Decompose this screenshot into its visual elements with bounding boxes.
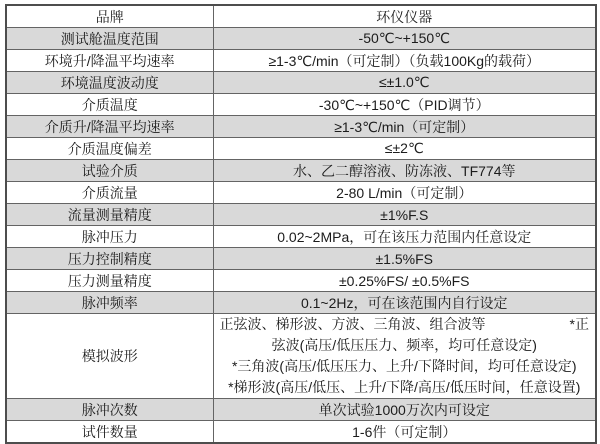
spec-value: 0.1~2Hz，可在该范围内自行设定 xyxy=(213,292,596,314)
table-row-brand: 品牌 环仪仪器 xyxy=(6,5,596,28)
spec-label: 介质温度 xyxy=(6,94,213,116)
spec-sheet-page: 品牌 环仪仪器 测试舱温度范围 -50℃~+150℃ 环境升/降温平均速率 ≥1… xyxy=(0,0,600,431)
spec-value: -50℃~+150℃ xyxy=(213,28,596,50)
spec-label: 脉冲频率 xyxy=(6,292,213,314)
spec-label: 环境升/降温平均速率 xyxy=(6,50,213,72)
waveform-line-1: 正弦波、梯形波、方波、三角波、组合波等 *正 xyxy=(220,314,590,335)
waveform-line-2: 弦波(高压/低压压力、频率，均可任意设定) xyxy=(220,335,590,356)
spec-label: 脉冲压力 xyxy=(6,226,213,248)
spec-value: ±1.5%FS xyxy=(213,248,596,270)
spec-value: 2-80 L/min（可定制） xyxy=(213,182,596,204)
spec-label: 品牌 xyxy=(6,5,213,28)
waveform-line1-right: *正 xyxy=(570,314,589,335)
table-row-test-medium: 试验介质 水、乙二醇溶液、防冻液、TF774等 xyxy=(6,160,596,182)
table-row-medium-temp-deviation: 介质温度偏差 ≤±2℃ xyxy=(6,138,596,160)
table-row-flow-accuracy: 流量测量精度 ±1%F.S xyxy=(6,204,596,226)
table-row-specimen-quantity: 试件数量 1-6件（可定制） xyxy=(6,421,596,444)
table-row-pulse-count: 脉冲次数 单次试验1000万次内可设定 xyxy=(6,399,596,421)
spec-label: 压力控制精度 xyxy=(6,248,213,270)
spec-value: 环仪仪器 xyxy=(213,5,596,28)
spec-value: ≥1-3℃/min（可定制）（负载100Kg的载荷） xyxy=(213,50,596,72)
spec-label: 介质升/降温平均速率 xyxy=(6,116,213,138)
table-row-medium-flow: 介质流量 2-80 L/min（可定制） xyxy=(6,182,596,204)
spec-label: 试验介质 xyxy=(6,160,213,182)
spec-label: 环境温度波动度 xyxy=(6,72,213,94)
table-row-medium-ramp-rate: 介质升/降温平均速率 ≥1-3℃/min（可定制） xyxy=(6,116,596,138)
table-row-pulse-pressure: 脉冲压力 0.02~2MPa，可在该压力范围内任意设定 xyxy=(6,226,596,248)
spec-value: ±1%F.S xyxy=(213,204,596,226)
table-row-ambient-ramp-rate: 环境升/降温平均速率 ≥1-3℃/min（可定制）（负载100Kg的载荷） xyxy=(6,50,596,72)
spec-value: 1-6件（可定制） xyxy=(213,421,596,444)
spec-label: 脉冲次数 xyxy=(6,399,213,421)
spec-value: 正弦波、梯形波、方波、三角波、组合波等 *正 弦波(高压/低压压力、频率，均可任… xyxy=(213,314,596,399)
waveform-line1-left: 正弦波、梯形波、方波、三角波、组合波等 xyxy=(220,314,486,335)
spec-label: 压力测量精度 xyxy=(6,270,213,292)
spec-table: 品牌 环仪仪器 测试舱温度范围 -50℃~+150℃ 环境升/降温平均速率 ≥1… xyxy=(5,4,597,444)
spec-value: ≤±1.0℃ xyxy=(213,72,596,94)
waveform-line-3: *三角波(高压/低压压力、上升/下降时间，均可任意设定) xyxy=(220,356,590,377)
spec-label: 测试舱温度范围 xyxy=(6,28,213,50)
table-row-pressure-measure-accuracy: 压力测量精度 ±0.25%FS/ ±0.5%FS xyxy=(6,270,596,292)
table-row-chamber-temp-range: 测试舱温度范围 -50℃~+150℃ xyxy=(6,28,596,50)
table-row-pulse-frequency: 脉冲频率 0.1~2Hz，可在该范围内自行设定 xyxy=(6,292,596,314)
spec-label: 试件数量 xyxy=(6,421,213,444)
spec-value: -30℃~+150℃（PID调节） xyxy=(213,94,596,116)
waveform-line-4: *梯形波(高压/低压、上升/下降/高压/低压时间，任意设置) xyxy=(220,377,590,398)
table-row-ambient-temp-fluctuation: 环境温度波动度 ≤±1.0℃ xyxy=(6,72,596,94)
spec-value: 水、乙二醇溶液、防冻液、TF774等 xyxy=(213,160,596,182)
spec-value: 单次试验1000万次内可设定 xyxy=(213,399,596,421)
spec-label: 模拟波形 xyxy=(6,314,213,399)
spec-label: 介质流量 xyxy=(6,182,213,204)
table-row-pressure-control-accuracy: 压力控制精度 ±1.5%FS xyxy=(6,248,596,270)
spec-label: 流量测量精度 xyxy=(6,204,213,226)
spec-label: 介质温度偏差 xyxy=(6,138,213,160)
table-row-medium-temp: 介质温度 -30℃~+150℃（PID调节） xyxy=(6,94,596,116)
spec-value: ±0.25%FS/ ±0.5%FS xyxy=(213,270,596,292)
table-row-simulated-waveform: 模拟波形 正弦波、梯形波、方波、三角波、组合波等 *正 弦波(高压/低压压力、频… xyxy=(6,314,596,399)
spec-value: ≤±2℃ xyxy=(213,138,596,160)
spec-value: 0.02~2MPa，可在该压力范围内任意设定 xyxy=(213,226,596,248)
spec-value: ≥1-3℃/min（可定制） xyxy=(213,116,596,138)
